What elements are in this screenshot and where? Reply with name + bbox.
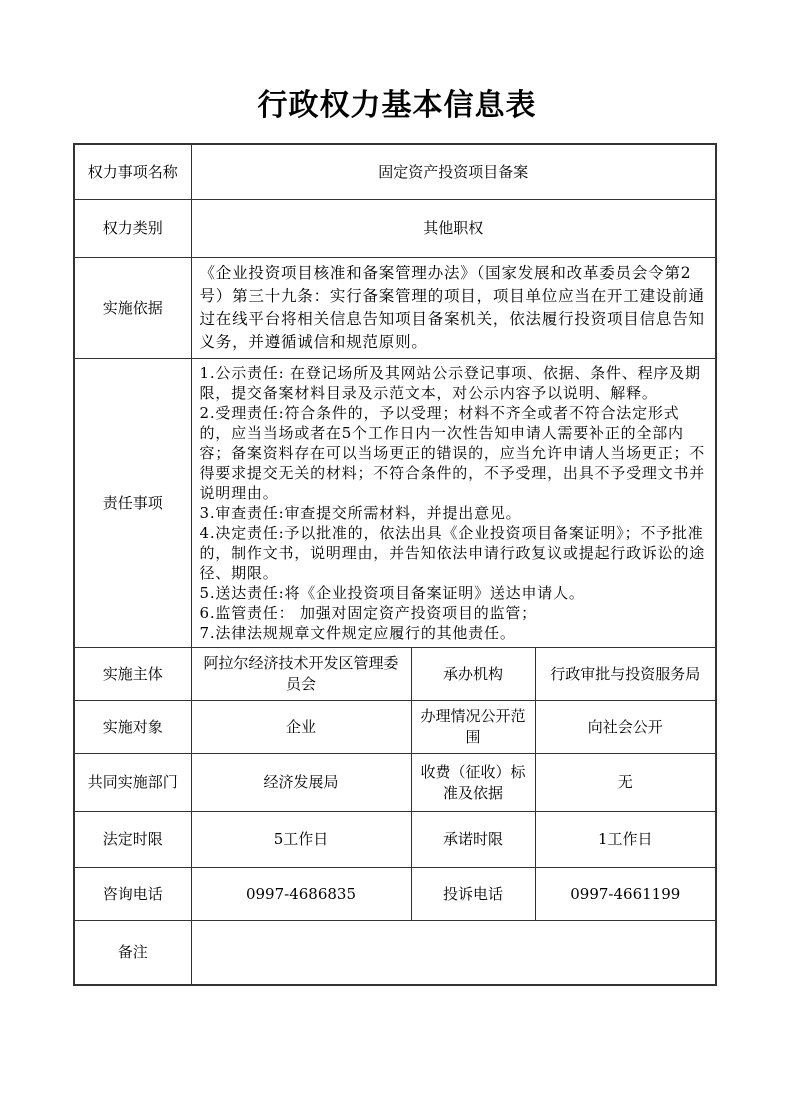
undertaking-org-value-cell: 行政审批与投资服务局	[535, 648, 716, 701]
duty-item-7: 7.法律法规规章文件规定应履行的其他责任。	[200, 623, 710, 643]
duty-item-6: 6.监管责任： 加强对固定资产投资项目的监管；	[200, 603, 710, 623]
row-phones: 咨询电话 0997-4686835 投诉电话 0997-4661199	[74, 868, 716, 921]
document-page: 行政权力基本信息表 权力事项名称 固定资产投资项目备案 权力类别 其他职权 实施…	[0, 0, 794, 1108]
consult-phone-label-cell: 咨询电话	[74, 868, 191, 921]
row-duty-items: 责任事项 1.公示责任: 在登记场所及其网站公示登记事项、依据、条件、程序及期限…	[74, 359, 716, 648]
undertaking-org-label-cell: 承办机构	[411, 648, 535, 701]
duty-value-cell: 1.公示责任: 在登记场所及其网站公示登记事项、依据、条件、程序及期限，提交备案…	[191, 359, 716, 648]
joint-dept-label-cell: 共同实施部门	[74, 754, 191, 812]
joint-dept-value-cell: 经济发展局	[191, 754, 411, 812]
document-title: 行政权力基本信息表	[0, 0, 794, 126]
duty-item-4: 4.决定责任:予以批准的，依法出具《企业投资项目备案证明》；不予批准的，制作文书…	[200, 523, 710, 583]
duty-label-cell: 责任事项	[74, 359, 191, 648]
promised-limit-value-cell: 1工作日	[535, 812, 716, 868]
target-value-cell: 企业	[191, 701, 411, 754]
row-joint-department: 共同实施部门 经济发展局 收费（征收）标准及依据 无	[74, 754, 716, 812]
power-type-label-cell: 权力类别	[74, 200, 191, 258]
row-target: 实施对象 企业 办理情况公开范围 向社会公开	[74, 701, 716, 754]
duty-item-5: 5.送达责任:将《企业投资项目备案证明》送达申请人。	[200, 583, 710, 603]
row-implementation-basis: 实施依据 《企业投资项目核准和备案管理办法》（国家发展和改革委员会令第2号）第三…	[74, 258, 716, 359]
row-implementer: 实施主体 阿拉尔经济技术开发区管理委员会 承办机构 行政审批与投资服务局	[74, 648, 716, 701]
disclosure-scope-value-cell: 向社会公开	[535, 701, 716, 754]
statutory-limit-label-cell: 法定时限	[74, 812, 191, 868]
consult-phone-value-cell: 0997-4686835	[191, 868, 411, 921]
statutory-limit-value-cell: 5工作日	[191, 812, 411, 868]
promised-limit-label-cell: 承诺时限	[411, 812, 535, 868]
duty-item-2: 2.受理责任:符合条件的，予以受理；材料不齐全或者不符合法定形式的，应当当场或者…	[200, 403, 710, 503]
duty-item-1: 1.公示责任: 在登记场所及其网站公示登记事项、依据、条件、程序及期限，提交备案…	[200, 363, 710, 403]
fee-standard-label-cell: 收费（征收）标准及依据	[411, 754, 535, 812]
basis-label-cell: 实施依据	[74, 258, 191, 359]
complaint-phone-label-cell: 投诉电话	[411, 868, 535, 921]
row-power-name: 权力事项名称 固定资产投资项目备案	[74, 144, 716, 200]
basic-info-table: 权力事项名称 固定资产投资项目备案 权力类别 其他职权 实施依据 《企业投资项目…	[73, 143, 717, 986]
disclosure-scope-label-cell: 办理情况公开范围	[411, 701, 535, 754]
target-label-cell: 实施对象	[74, 701, 191, 754]
row-time-limits: 法定时限 5工作日 承诺时限 1工作日	[74, 812, 716, 868]
row-remark: 备注	[74, 921, 716, 986]
fee-standard-value-cell: 无	[535, 754, 716, 812]
row-power-type: 权力类别 其他职权	[74, 200, 716, 258]
implementer-label-cell: 实施主体	[74, 648, 191, 701]
remark-value-cell	[191, 921, 716, 986]
basis-value-cell: 《企业投资项目核准和备案管理办法》（国家发展和改革委员会令第2号）第三十九条：实…	[191, 258, 716, 359]
power-name-label-cell: 权力事项名称	[74, 144, 191, 200]
power-name-value-cell: 固定资产投资项目备案	[191, 144, 716, 200]
power-type-value-cell: 其他职权	[191, 200, 716, 258]
implementer-value-cell: 阿拉尔经济技术开发区管理委员会	[191, 648, 411, 701]
complaint-phone-value-cell: 0997-4661199	[535, 868, 716, 921]
duty-item-3: 3.审查责任:审查提交所需材料，并提出意见。	[200, 503, 710, 523]
remark-label-cell: 备注	[74, 921, 191, 986]
